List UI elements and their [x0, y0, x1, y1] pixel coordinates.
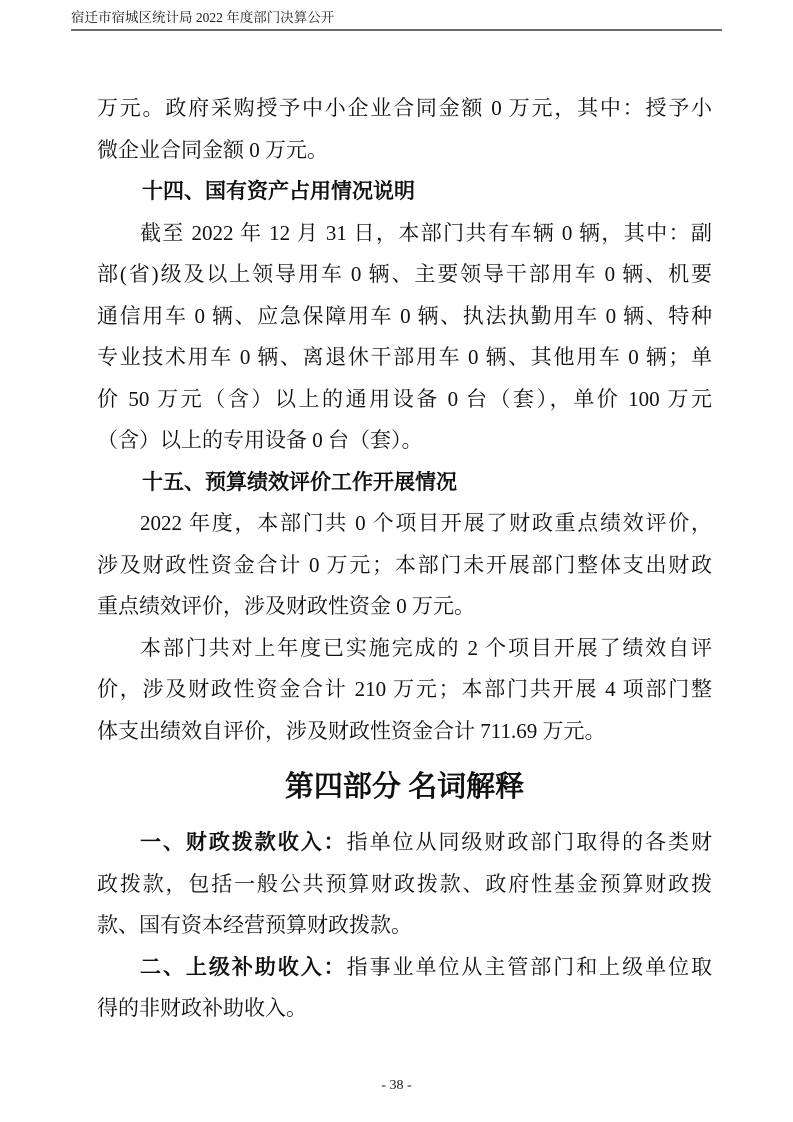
- text-line: （含）以上的专用设备 0 台（套）。: [97, 420, 712, 462]
- text-line: 2022 年度，本部门共 0 个项目开展了财政重点绩效评价，: [97, 503, 712, 545]
- section-heading-15: 十五、预算绩效评价工作开展情况: [97, 462, 712, 504]
- text-line: 政拨款，包括一般公共预算财政拨款、政府性基金预算财政拨: [97, 864, 712, 906]
- text-line: 款、国有资本经营预算财政拨款。: [97, 905, 712, 947]
- text-line: 价，涉及财政性资金合计 210 万元；本部门共开展 4 项部门整: [97, 669, 712, 711]
- section-heading-14: 十四、国有资产占用情况说明: [97, 171, 712, 213]
- document-body: 万元。政府采购授予中小企业合同金额 0 万元，其中：授予小 微企业合同金额 0 …: [97, 88, 712, 1030]
- text-line: 重点绩效评价，涉及财政性资金 0 万元。: [97, 586, 712, 628]
- bold-term: 二、上级补助收入：: [140, 955, 347, 979]
- text-line: 涉及财政性资金合计 0 万元；本部门未开展部门整体支出财政: [97, 545, 712, 587]
- text-line: 体支出绩效自评价，涉及财政性资金合计 711.69 万元。: [97, 711, 712, 753]
- text-line: 通信用车 0 辆、应急保障用车 0 辆、执法执勤用车 0 辆、特种: [97, 296, 712, 338]
- text-line: 一、财政拨款收入：指单位从同级财政部门取得的各类财: [97, 822, 712, 864]
- header-divider: [71, 29, 722, 31]
- text-line: 万元。政府采购授予中小企业合同金额 0 万元，其中：授予小: [97, 88, 712, 130]
- document-page: 宿迁市宿城区统计局 2022 年度部门决算公开 万元。政府采购授予中小企业合同金…: [0, 0, 793, 1122]
- text-line: 二、上级补助收入：指事业单位从主管部门和上级单位取: [97, 947, 712, 989]
- text-line: 截至 2022 年 12 月 31 日，本部门共有车辆 0 辆，其中：副: [97, 213, 712, 255]
- text-line: 得的非财政补助收入。: [97, 988, 712, 1030]
- bold-term: 一、财政拨款收入：: [140, 830, 347, 854]
- part-title: 第四部分 名词解释: [97, 752, 712, 822]
- text-line: 本部门共对上年度已实施完成的 2 个项目开展了绩效自评: [97, 628, 712, 670]
- text-line: 微企业合同金额 0 万元。: [97, 130, 712, 172]
- text-line: 价 50 万元（含）以上的通用设备 0 台（套），单价 100 万元: [97, 379, 712, 421]
- text-line: 部(省)级及以上领导用车 0 辆、主要领导干部用车 0 辆、机要: [97, 254, 712, 296]
- text-line: 专业技术用车 0 辆、离退休干部用车 0 辆、其他用车 0 辆；单: [97, 337, 712, 379]
- page-header-title: 宿迁市宿城区统计局 2022 年度部门决算公开: [71, 9, 334, 27]
- page-number: - 38 -: [0, 1078, 793, 1094]
